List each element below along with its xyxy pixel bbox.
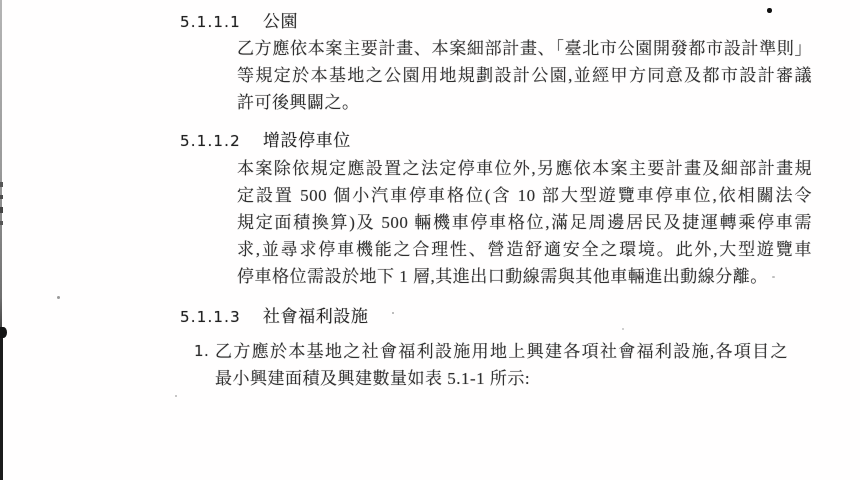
section-title: 增設停車位 xyxy=(263,131,351,150)
paragraph-line: 許可後興闢之。 xyxy=(237,89,812,116)
section-paragraph-parking: 本案除依規定應設置之法定停車位外,另應依本案主要計畫及細部計畫規 定設置 500… xyxy=(237,155,812,290)
scan-speck xyxy=(772,276,775,278)
section-heading-5-1-1-3: 5.1.1.3社會福利設施 xyxy=(180,302,369,327)
paragraph-line: 等規定於本基地之公園用地規劃設計公園,並經甲方同意及都市設計審議 xyxy=(237,62,812,89)
scanned-document-page: 5.1.1.1公園 乙方應依本案主要計畫、本案細部計畫、「臺北市公園開發都市設計… xyxy=(0,0,860,480)
paragraph-line: 乙方應於本基地之社會福利設施用地上興建各項社會福利設施,各項目之 xyxy=(215,338,788,365)
numbered-list-item-1: 1. 乙方應於本基地之社會福利設施用地上興建各項社會福利設施,各項目之 最小興建… xyxy=(194,338,790,392)
list-item-marker: 1. xyxy=(194,338,209,365)
section-paragraph-park: 乙方應依本案主要計畫、本案細部計畫、「臺北市公園開發都市設計準則」 等規定於本基… xyxy=(237,35,812,116)
scan-speck xyxy=(392,312,394,314)
paragraph-line: 規定面積換算)及 500 輛機車停車格位,滿足周邊居民及捷運轉乘停車需 xyxy=(237,209,812,236)
scan-edge-dash xyxy=(0,195,3,199)
scan-ink-blob xyxy=(0,327,7,338)
list-item-text: 乙方應於本基地之社會福利設施用地上興建各項社會福利設施,各項目之 最小興建面積及… xyxy=(215,338,788,392)
paragraph-line: 乙方應依本案主要計畫、本案細部計畫、「臺北市公園開發都市設計準則」 xyxy=(237,35,812,62)
paragraph-line: 停車格位需設於地下 1 層,其進出口動線需與其他車輛進出動線分離。 xyxy=(237,263,812,290)
section-heading-5-1-1-2: 5.1.1.2增設停車位 xyxy=(180,126,351,151)
section-title: 公園 xyxy=(263,12,298,31)
paragraph-line: 定設置 500 個小汽車停車格位(含 10 部大型遊覽車停車位,依相關法令 xyxy=(237,182,812,209)
section-number: 5.1.1.2 xyxy=(180,132,241,150)
paragraph-line: 最小興建面積及興建數量如表 5.1-1 所示: xyxy=(215,365,788,392)
scan-speck xyxy=(622,328,624,330)
section-title: 社會福利設施 xyxy=(263,307,369,326)
scan-edge-dash xyxy=(0,221,3,225)
scan-speck xyxy=(175,395,177,397)
section-heading-5-1-1-1: 5.1.1.1公園 xyxy=(180,7,298,32)
document-content: 5.1.1.1公園 乙方應依本案主要計畫、本案細部計畫、「臺北市公園開發都市設計… xyxy=(0,0,860,480)
scan-speck xyxy=(57,296,60,299)
scan-edge-dash xyxy=(0,182,3,187)
scan-edge-dash xyxy=(0,207,3,213)
section-number: 5.1.1.1 xyxy=(180,13,241,31)
paragraph-line: 求,並尋求停車機能之合理性、營造舒適安全之環境。此外,大型遊覽車 xyxy=(237,236,812,263)
scan-dot-artifact xyxy=(767,8,772,13)
section-number: 5.1.1.3 xyxy=(180,308,241,326)
paragraph-line: 本案除依規定應設置之法定停車位外,另應依本案主要計畫及細部計畫規 xyxy=(237,155,812,182)
scan-left-edge-dark-artifact xyxy=(0,330,3,480)
